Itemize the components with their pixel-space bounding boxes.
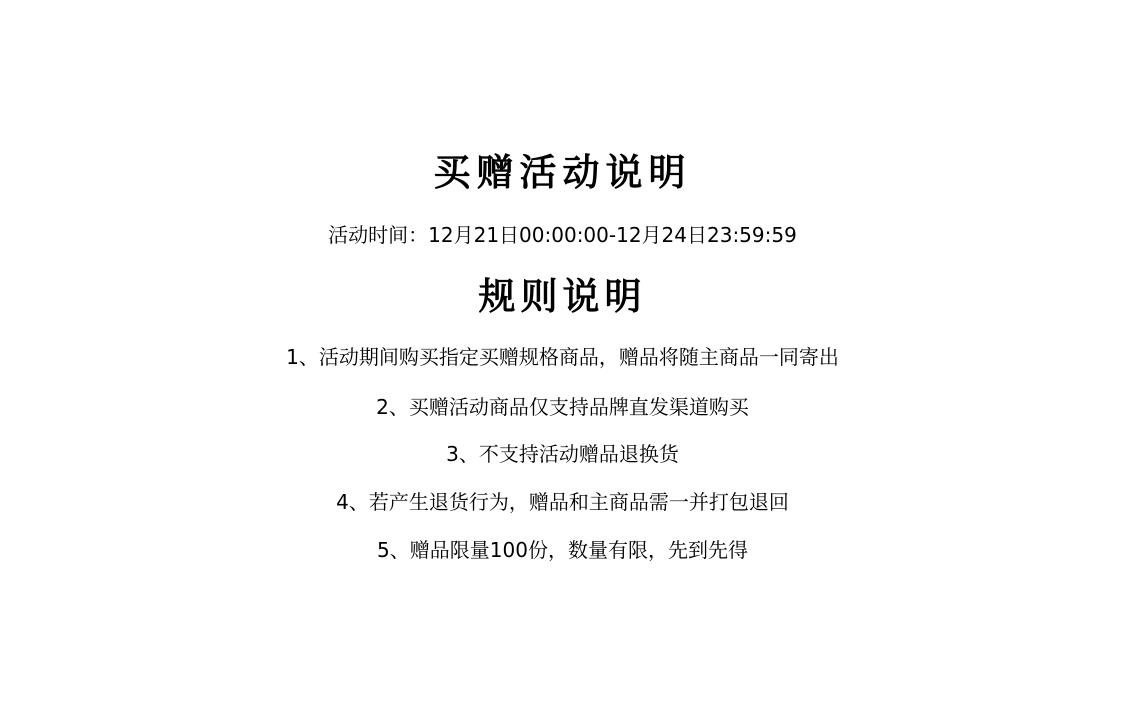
rule-item: 2、买赠活动商品仅支持品牌直发渠道购买: [0, 393, 1125, 421]
page-title: 买赠活动说明: [0, 148, 1125, 198]
activity-time: 活动时间：12月21日00:00:00-12月24日23:59:59: [0, 221, 1125, 249]
rule-item: 4、若产生退货行为，赠品和主商品需一并打包退回: [0, 488, 1125, 516]
rule-item: 3、不支持活动赠品退换货: [0, 440, 1125, 468]
rule-item: 5、赠品限量100份，数量有限，先到先得: [0, 536, 1125, 564]
rules-heading: 规则说明: [0, 272, 1125, 322]
rule-item: 1、活动期间购买指定买赠规格商品，赠品将随主商品一同寄出: [0, 343, 1125, 371]
